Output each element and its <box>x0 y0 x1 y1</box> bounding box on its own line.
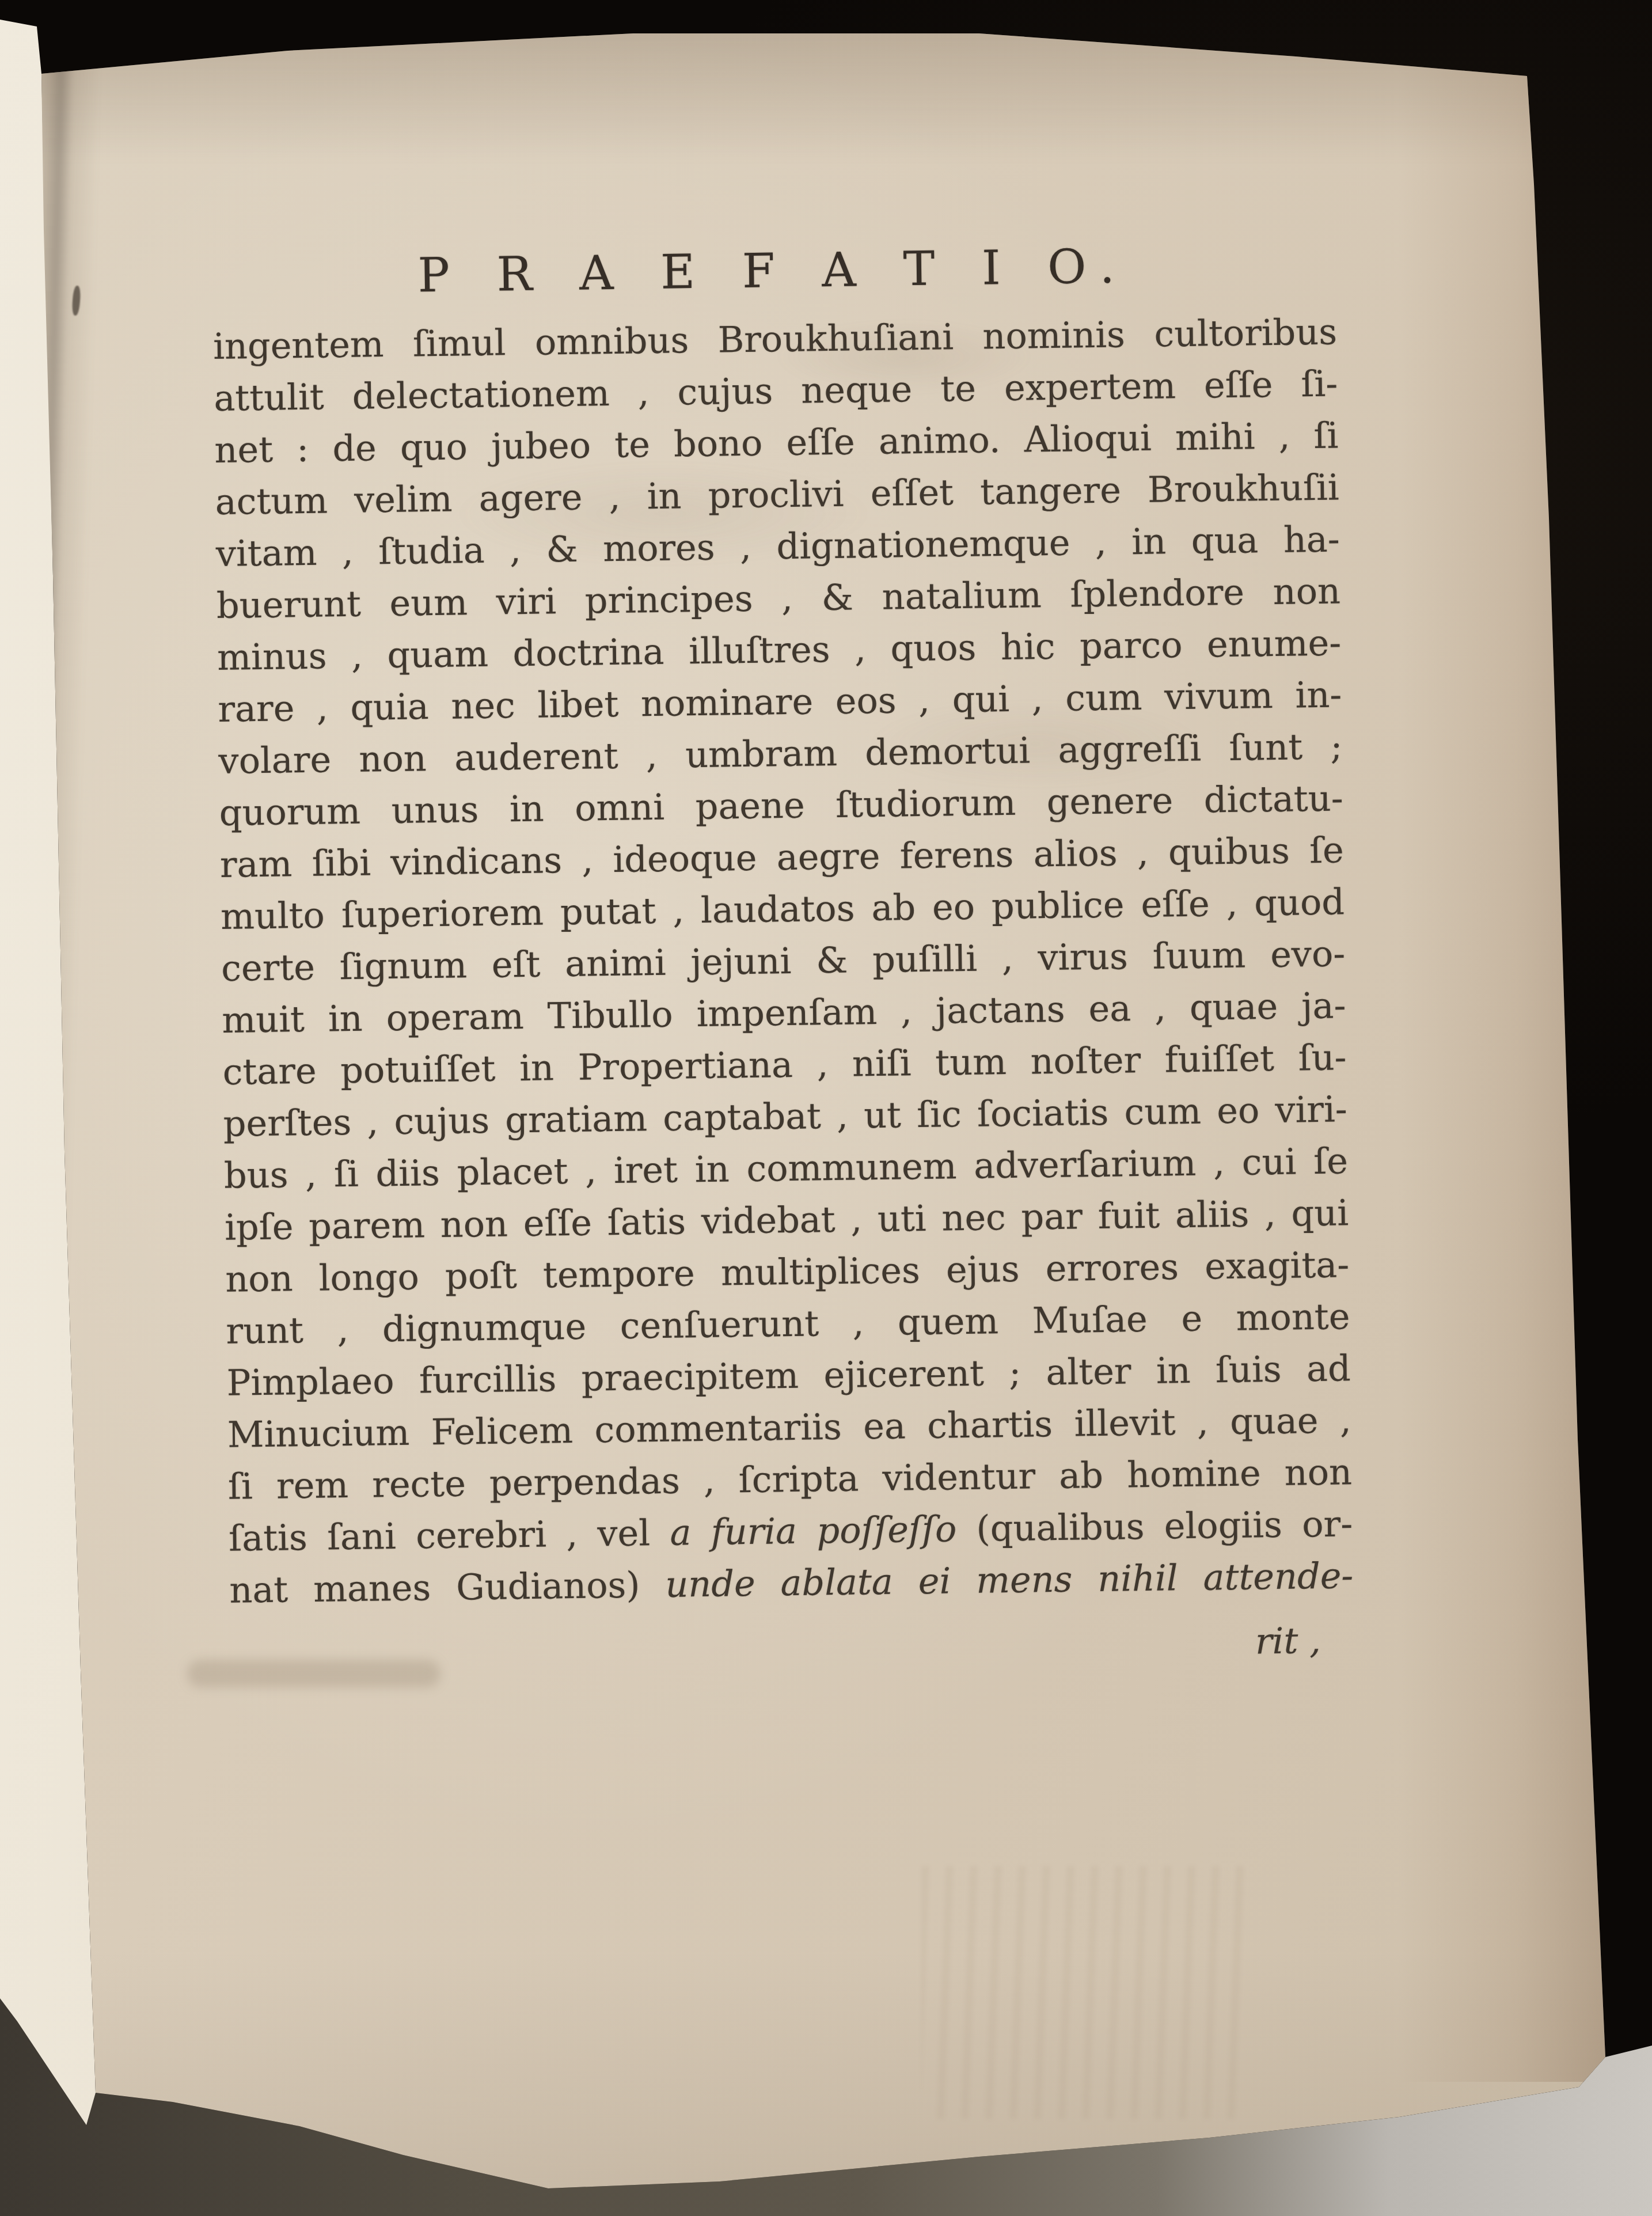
paper-streaks <box>921 1866 1244 2119</box>
body-line-text: nat manes Gudianos) <box>229 1564 666 1611</box>
body-line-text: quorum unus in omni paene ſtudiorum gene… <box>219 777 1343 834</box>
page-title: P R A E F A T I O. <box>212 236 1336 306</box>
body-line-text: net : de quo jubeo te bono eſſe animo. A… <box>214 414 1339 471</box>
page-top-shadow <box>35 25 1532 164</box>
body-line-text: non longo poſt tempore multiplices ejus … <box>225 1243 1350 1300</box>
page-right-shadow <box>1399 32 1609 2082</box>
body-line-text: buerunt eum viri principes , & natalium … <box>217 570 1341 627</box>
body-line-text: runt , dignumque cenſuerunt , quem Muſae… <box>226 1295 1350 1352</box>
photo-scene: P R A E F A T I O. ingentem ſimul omnibu… <box>0 0 1652 2216</box>
body-line-italic: a furia poſſeſſo <box>670 1508 957 1554</box>
body-line-text: rare , quia nec libet nominare eos , qui… <box>218 673 1342 730</box>
body-line-text: vitam , ſtudia , & mores , dignationemqu… <box>215 518 1340 575</box>
body-line-text: (qualibus elogiis or- <box>956 1502 1353 1550</box>
body-line-text: bus , ſi diis placet , iret in communem … <box>224 1140 1349 1197</box>
body-line-text: minus , quam doctrina illuſtres , quos h… <box>217 621 1342 678</box>
body-line-text: perſtes , cujus gratiam captabat , ut ſi… <box>223 1088 1347 1145</box>
body-line-italic: unde ablata ei mens nihil attende- <box>665 1554 1354 1606</box>
book-page: P R A E F A T I O. ingentem ſimul omnibu… <box>0 0 1652 2216</box>
body-line-text: muit in operam Tibullo impenſam , jactan… <box>222 984 1346 1041</box>
body-line-text: ram ſibi vindicans , ideoque aegre feren… <box>219 829 1344 886</box>
body-line-text: Pimplaeo furcillis praecipitem ejicerent… <box>226 1347 1351 1404</box>
body-text: ingentem ſimul omnibus Broukhuſiani nomi… <box>213 306 1354 1616</box>
body-line-text: actum velim agere , in proclivi eſſet ta… <box>215 466 1339 523</box>
body-line-text: volare non auderent , umbram demortui ag… <box>218 725 1343 782</box>
body-line-text: attulit delectationem , cujus neque te e… <box>214 362 1338 419</box>
body-line-text: Minucium Felicem commentariis ea chartis… <box>227 1399 1351 1456</box>
body-line-text: ſi rem recte perpendas , ſcripta videntu… <box>228 1451 1353 1508</box>
body-line-text: ctare potuiſſet in Propertiana , niſi tu… <box>222 1036 1347 1093</box>
catchword-row: rit , <box>230 1614 1354 1681</box>
body-line-text: ipſe parem non eſſe ſatis videbat , uti … <box>225 1192 1349 1249</box>
catchword: rit , <box>1255 1619 1321 1662</box>
body-line-text: ſatis ſani cerebri , vel <box>229 1512 670 1559</box>
body-line-text: multo ſuperiorem putat , laudatos ab eo … <box>221 881 1345 938</box>
body-line-text: ingentem ſimul omnibus Broukhuſiani nomi… <box>213 310 1338 367</box>
body-line-text: certe ſignum eſt animi jejuni & puſilli … <box>221 932 1346 989</box>
text-block: P R A E F A T I O. ingentem ſimul omnibu… <box>212 236 1354 1680</box>
